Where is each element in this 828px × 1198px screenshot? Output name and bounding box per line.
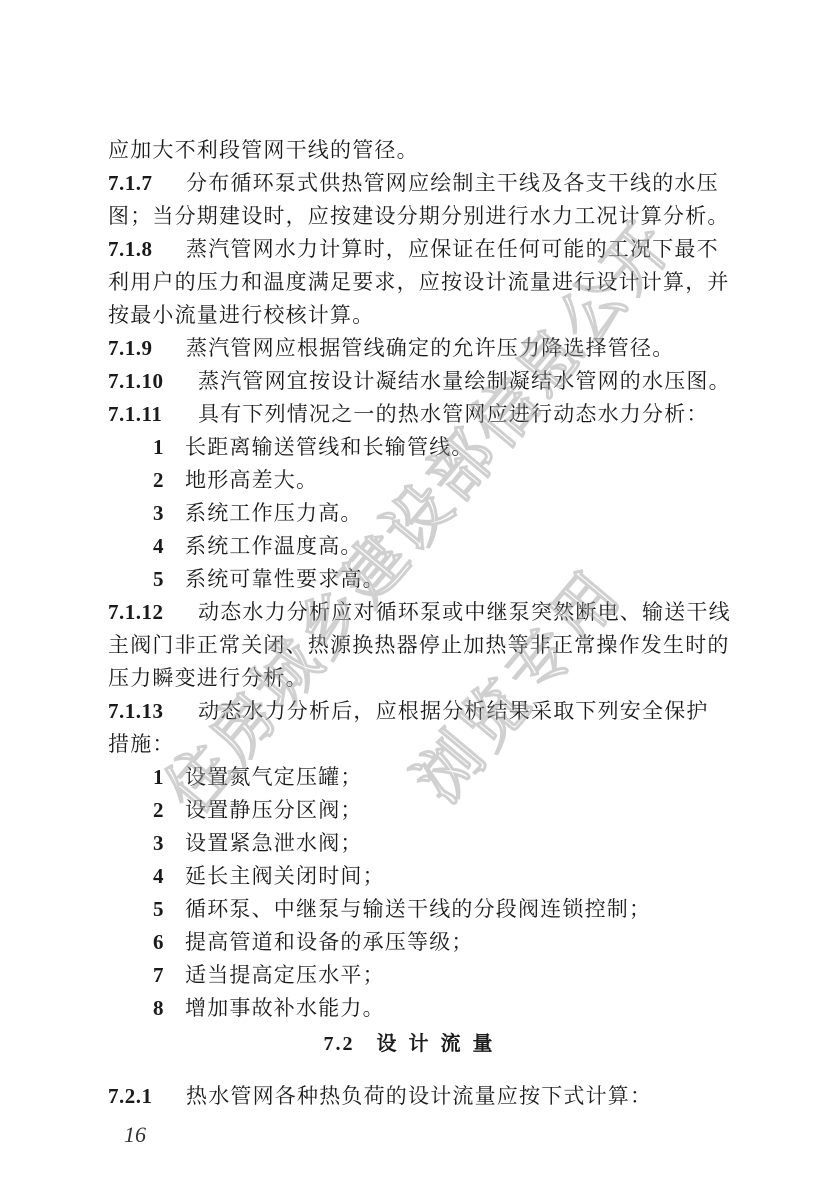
item-text: 系统工作温度高。 <box>185 534 363 558</box>
clause-7-2-1: 7.2.1热水管网各种热负荷的设计流量应按下式计算： <box>108 1080 652 1113</box>
clause-text: 分布循环泵式供热管网应绘制主干线及各支干线的水压 <box>186 171 719 195</box>
clause-continuation: 按最小流量进行校核计算。 <box>108 299 728 332</box>
clause-number: 7.2.1 <box>108 1080 186 1113</box>
list-item: 6提高管道和设备的承压等级； <box>108 926 728 959</box>
clause-text: 具有下列情况之一的热水管网应进行动态水力分析： <box>198 402 709 426</box>
clause-text: 蒸汽管网水力计算时，应保证在任何可能的工况下最不 <box>186 237 719 261</box>
clause-number: 7.1.8 <box>108 233 186 266</box>
item-number: 5 <box>153 563 185 596</box>
item-number: 1 <box>153 431 185 464</box>
clause-7-1-7: 7.1.7分布循环泵式供热管网应绘制主干线及各支干线的水压 <box>108 167 728 200</box>
clause-continuation: 利用户的压力和温度满足要求，应按设计流量进行设计计算，并 <box>108 266 728 299</box>
clause-continuation: 图；当分期建设时，应按建设分期分别进行水力工况计算分析。 <box>108 200 728 233</box>
item-text: 增加事故补水能力。 <box>185 996 385 1020</box>
item-text: 地形高差大。 <box>185 468 318 492</box>
item-number: 7 <box>153 959 185 992</box>
item-text: 延长主阀关闭时间； <box>185 864 385 888</box>
clause-7-1-13: 7.1.13动态水力分析后，应根据分析结果采取下列安全保护 <box>108 695 728 728</box>
clause-number: 7.1.9 <box>108 332 186 365</box>
clause-continuation: 主阀门非正常关闭、热源换热器停止加热等非正常操作发生时的 <box>108 629 728 662</box>
item-number: 3 <box>153 497 185 530</box>
list-item: 3设置紧急泄水阀； <box>108 827 728 860</box>
clause-number: 7.1.10 <box>108 365 198 398</box>
list-item: 7适当提高定压水平； <box>108 959 728 992</box>
list-item: 1设置氮气定压罐； <box>108 761 728 794</box>
clause-7-1-10: 7.1.10蒸汽管网宜按设计凝结水量绘制凝结水管网的水压图。 <box>108 365 728 398</box>
clause-number: 7.1.13 <box>108 695 198 728</box>
clause-text: 蒸汽管网宜按设计凝结水量绘制凝结水管网的水压图。 <box>198 369 731 393</box>
clause-continuation: 压力瞬变进行分析。 <box>108 662 728 695</box>
clause-7-1-12: 7.1.12动态水力分析应对循环泵或中继泵突然断电、输送干线 <box>108 596 728 629</box>
list-item: 2地形高差大。 <box>108 464 728 497</box>
item-text: 系统可靠性要求高。 <box>185 567 385 591</box>
item-number: 2 <box>153 794 185 827</box>
list-item: 4系统工作温度高。 <box>108 530 728 563</box>
item-number: 5 <box>153 893 185 926</box>
clause-number: 7.1.11 <box>108 398 198 431</box>
item-text: 适当提高定压水平； <box>185 963 385 987</box>
item-text: 系统工作压力高。 <box>185 501 363 525</box>
item-text: 长距离输送管线和长输管线。 <box>185 435 474 459</box>
item-text: 提高管道和设备的承压等级； <box>185 930 474 954</box>
item-number: 8 <box>153 992 185 1025</box>
clause-number: 7.1.7 <box>108 167 186 200</box>
document-page: 应加大不利段管网干线的管径。 7.1.7分布循环泵式供热管网应绘制主干线及各支干… <box>0 0 828 1198</box>
item-number: 6 <box>153 926 185 959</box>
list-item: 3系统工作压力高。 <box>108 497 728 530</box>
item-number: 1 <box>153 761 185 794</box>
list-item: 2设置静压分区阀； <box>108 794 728 827</box>
clause-number: 7.1.12 <box>108 596 198 629</box>
section-number: 7.2 <box>324 1033 355 1055</box>
clause-7-1-11: 7.1.11具有下列情况之一的热水管网应进行动态水力分析： <box>108 398 728 431</box>
clause-7-1-9: 7.1.9蒸汽管网应根据管线确定的允许压力降选择管径。 <box>108 332 728 365</box>
clause-continuation: 措施： <box>108 728 728 761</box>
item-number: 4 <box>153 860 185 893</box>
item-text: 设置氮气定压罐； <box>185 765 363 789</box>
clause-text: 动态水力分析后，应根据分析结果采取下列安全保护 <box>198 699 709 723</box>
body-text: 应加大不利段管网干线的管径。 7.1.7分布循环泵式供热管网应绘制主干线及各支干… <box>108 134 728 1025</box>
clause-7-1-8: 7.1.8蒸汽管网水力计算时，应保证在任何可能的工况下最不 <box>108 233 728 266</box>
paragraph-continuation: 应加大不利段管网干线的管径。 <box>108 134 728 167</box>
item-text: 循环泵、中继泵与输送干线的分段阀连锁控制； <box>185 897 651 921</box>
list-item: 4延长主阀关闭时间； <box>108 860 728 893</box>
list-item: 8增加事故补水能力。 <box>108 992 728 1025</box>
clause-text: 蒸汽管网应根据管线确定的允许压力降选择管径。 <box>186 336 674 360</box>
clause-text: 热水管网各种热负荷的设计流量应按下式计算： <box>186 1084 652 1108</box>
list-item: 5系统可靠性要求高。 <box>108 563 728 596</box>
item-number: 2 <box>153 464 185 497</box>
item-text: 设置静压分区阀； <box>185 798 363 822</box>
item-number: 3 <box>153 827 185 860</box>
section-heading: 7.2设计流量 <box>0 1027 828 1056</box>
list-item: 5循环泵、中继泵与输送干线的分段阀连锁控制； <box>108 893 728 926</box>
section-title: 设计流量 <box>377 1031 505 1055</box>
item-text: 设置紧急泄水阀； <box>185 831 363 855</box>
clause-text: 动态水力分析应对循环泵或中继泵突然断电、输送干线 <box>198 600 731 624</box>
item-number: 4 <box>153 530 185 563</box>
page-number: 16 <box>124 1122 146 1148</box>
list-item: 1长距离输送管线和长输管线。 <box>108 431 728 464</box>
